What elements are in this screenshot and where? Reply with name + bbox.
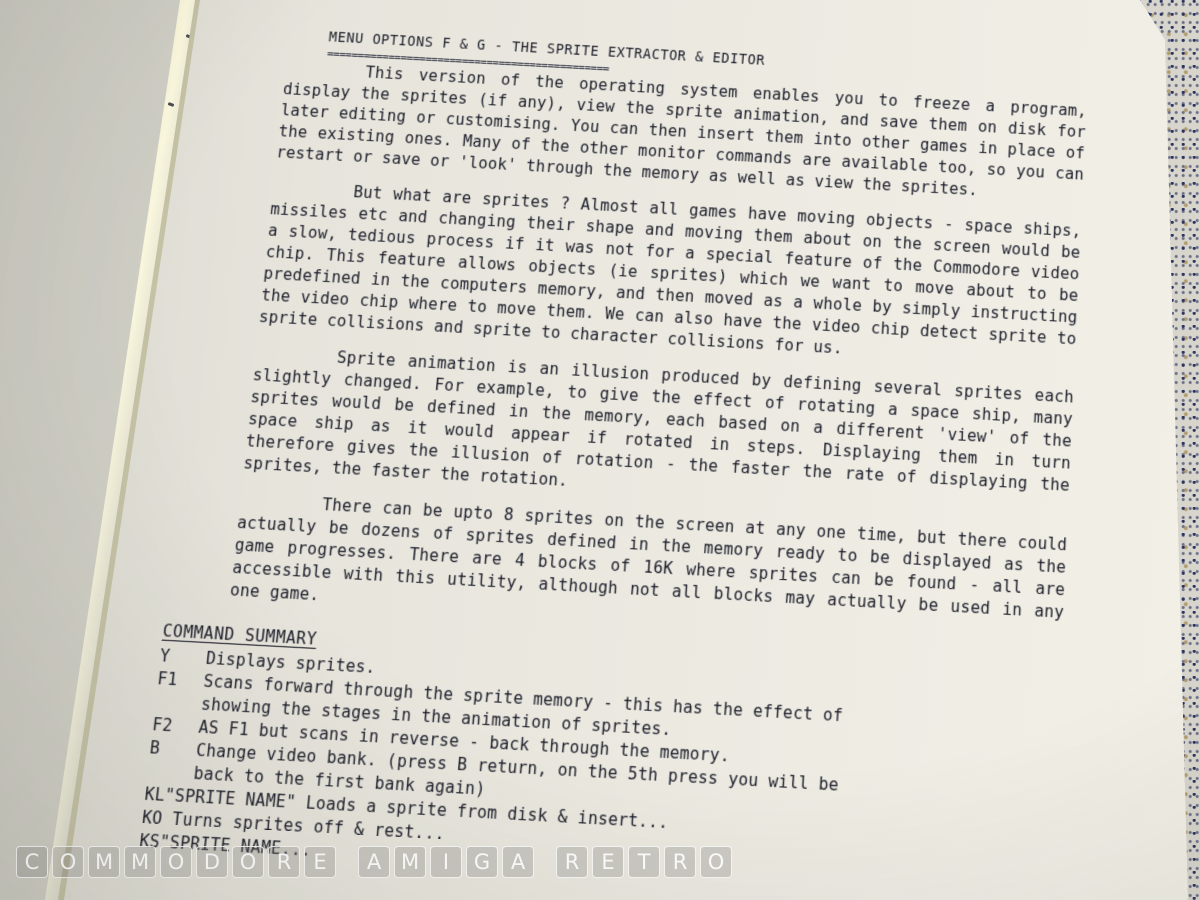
watermark-letter: E [592,846,624,878]
watermark-letter: O [52,846,84,878]
watermark-letter: R [556,846,588,878]
command-key: Y [159,645,208,670]
watermark-letter: D [196,846,228,878]
paragraph-indent [285,73,365,77]
watermark-letter: G [466,846,498,878]
paragraph-indent [239,505,322,509]
watermark-letter: T [628,846,660,878]
watermark-letter: O [232,846,264,878]
watermark-letter: R [664,846,696,878]
watermark-letter: E [304,846,336,878]
watermark-letter: M [394,846,426,878]
watermark-letter: A [502,846,534,878]
command-key: F2 [151,714,200,740]
body-paragraph: There can be upto 8 sprites on the scree… [229,490,1068,647]
watermark-word-gap [538,846,552,878]
body-paragraphs: This version of the operating system ena… [166,55,1107,648]
command-key: F1 [154,668,205,716]
body-paragraph: Sprite animation is an illusion produced… [242,343,1074,520]
watermark-word-gap [340,846,354,878]
watermark-letter: O [160,846,192,878]
watermark-letter: M [88,846,120,878]
paragraph-indent [255,358,337,362]
body-paragraph: But what are sprites ? Almost all games … [258,177,1082,372]
page-text: MENU OPTIONS F & G - THE SPRITE EXTRACTO… [138,22,1108,900]
watermark-letter: R [268,846,300,878]
watermark-letter: C [16,846,48,878]
watermark-letter: I [430,846,462,878]
command-key: B [146,737,197,786]
paragraph-indent [272,193,353,197]
paragraph-text: But what are sprites ? Almost all games … [258,183,1082,358]
paragraph-text: There can be upto 8 sprites on the scree… [229,495,1067,622]
watermark-letter: O [700,846,732,878]
paragraph-text: Sprite animation is an illusion produced… [243,348,1075,495]
watermark-letter: M [124,846,156,878]
watermark-letter: A [358,846,390,878]
watermark-commodore-amiga-retro: COMMODOREAMIGARETRO [16,846,732,878]
